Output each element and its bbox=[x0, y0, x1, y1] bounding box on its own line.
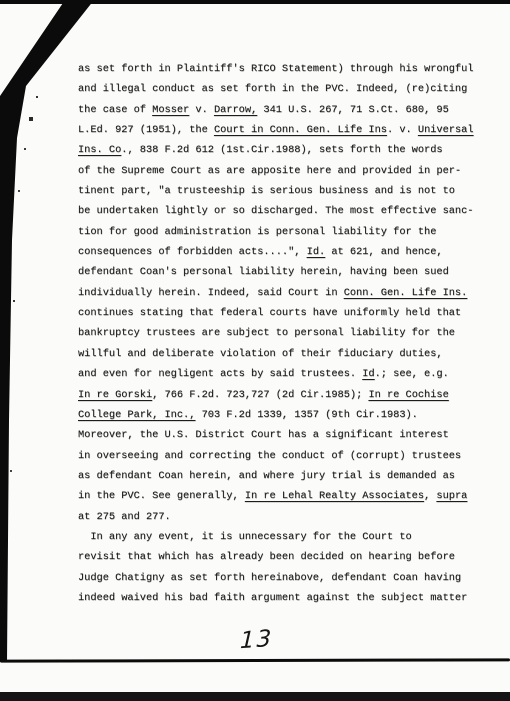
text-segment: . v. bbox=[387, 124, 418, 136]
document-line: and even for negligent acts by said trus… bbox=[78, 364, 498, 384]
text-segment: , 766 F.2d. 723,727 (2d Cir.1985); bbox=[152, 389, 368, 401]
text-segment: of the Supreme Court as are apposite her… bbox=[78, 165, 461, 177]
text-segment: 341 U.S. 267, 71 S.Ct. 680, 95 bbox=[257, 104, 449, 116]
underlined-text-segment: Mosser bbox=[152, 104, 189, 116]
underlined-text-segment: Conn. Gen. Life Ins. bbox=[344, 287, 468, 299]
document-line: at 275 and 277. bbox=[78, 507, 498, 527]
document-line: as defendant Coan herein, and where jury… bbox=[78, 466, 498, 486]
text-segment: In any any event, it is unnecessary for … bbox=[78, 531, 412, 543]
document-line: willful and deliberate violation of thei… bbox=[78, 344, 498, 364]
scanned-page: as set forth in Plaintiff's RICO Stateme… bbox=[0, 0, 510, 701]
document-line: tion for good administration is personal… bbox=[78, 222, 498, 242]
scan-artifact-bottom-line bbox=[0, 658, 510, 662]
text-segment: be undertaken lightly or so discharged. … bbox=[78, 205, 473, 217]
underlined-text-segment: Id. bbox=[307, 246, 326, 258]
text-segment: v. bbox=[189, 104, 214, 116]
document-line: individually herein. Indeed, said Court … bbox=[78, 283, 498, 303]
text-segment: and illegal conduct as set forth in the … bbox=[78, 83, 467, 95]
document-line: the case of Mosser v. Darrow, 341 U.S. 2… bbox=[78, 100, 498, 120]
document-text: as set forth in Plaintiff's RICO Stateme… bbox=[78, 59, 498, 608]
document-line: In re Gorski, 766 F.2d. 723,727 (2d Cir.… bbox=[78, 385, 498, 405]
underlined-text-segment: Court in Conn. Gen. Life Ins bbox=[214, 124, 387, 136]
underlined-text-segment: Id bbox=[362, 368, 374, 380]
document-line: of the Supreme Court as are apposite her… bbox=[78, 161, 498, 181]
underlined-text-segment: In re Cochise bbox=[368, 389, 448, 401]
text-segment: the case of bbox=[78, 104, 152, 116]
underlined-text-segment: Universal bbox=[418, 124, 474, 136]
text-segment: 703 F.2d 1339, 1357 (9th Cir.1983). bbox=[195, 409, 417, 421]
document-line: revisit that which has already been deci… bbox=[78, 547, 498, 567]
page-number: 13 bbox=[240, 626, 274, 654]
document-line: defendant Coan's personal liability here… bbox=[78, 262, 498, 282]
document-line: In any any event, it is unnecessary for … bbox=[78, 527, 498, 547]
text-segment: individually herein. Indeed, said Court … bbox=[78, 287, 344, 299]
document-line: continues stating that federal courts ha… bbox=[78, 303, 498, 323]
underlined-text-segment: In re Lehal Realty Associates bbox=[245, 490, 424, 502]
text-segment: defendant Coan's personal liability here… bbox=[78, 266, 449, 278]
text-segment: as set forth in Plaintiff's RICO Stateme… bbox=[78, 63, 473, 75]
text-segment: revisit that which has already been deci… bbox=[78, 551, 455, 563]
text-segment: tion for good administration is personal… bbox=[78, 226, 436, 238]
document-line: consequences of forbidden acts....", Id.… bbox=[78, 242, 498, 262]
underlined-text-segment: Darrow, bbox=[214, 104, 257, 116]
text-segment: bankruptcy trustees are subject to perso… bbox=[78, 327, 455, 339]
text-segment: willful and deliberate violation of thei… bbox=[78, 348, 443, 360]
underlined-text-segment: Ins. Co bbox=[78, 144, 121, 156]
document-line: tinent part, "a trusteeship is serious b… bbox=[78, 181, 498, 201]
text-segment: in overseeing and correcting the conduct… bbox=[78, 450, 461, 462]
document-line: and illegal conduct as set forth in the … bbox=[78, 79, 498, 99]
scan-artifact-bottom-band bbox=[0, 692, 510, 701]
text-segment: continues stating that federal courts ha… bbox=[78, 307, 461, 319]
text-segment: Moreover, the U.S. District Court has a … bbox=[78, 429, 449, 441]
text-segment: in the PVC. See generally, bbox=[78, 490, 245, 502]
text-segment: tinent part, "a trusteeship is serious b… bbox=[78, 185, 455, 197]
scan-artifact-speckles bbox=[0, 0, 2, 2]
underlined-text-segment: In re Gorski bbox=[78, 389, 152, 401]
text-segment: and even for negligent acts by said trus… bbox=[78, 368, 362, 380]
underlined-text-segment: College Park, Inc., bbox=[78, 409, 195, 421]
document-line: indeed waived his bad faith argument aga… bbox=[78, 588, 498, 608]
text-segment: as defendant Coan herein, and where jury… bbox=[78, 470, 455, 482]
text-segment: consequences of forbidden acts....", bbox=[78, 246, 307, 258]
text-segment: L.Ed. 927 (1951), the bbox=[78, 124, 214, 136]
underlined-text-segment: supra bbox=[436, 490, 467, 502]
text-segment: ., 838 F.2d 612 (1st.Cir.1988), sets for… bbox=[121, 144, 442, 156]
text-segment: , bbox=[424, 490, 436, 502]
text-segment: indeed waived his bad faith argument aga… bbox=[78, 592, 467, 604]
document-line: in overseeing and correcting the conduct… bbox=[78, 446, 498, 466]
document-line: bankruptcy trustees are subject to perso… bbox=[78, 323, 498, 343]
text-segment: at 621, and hence, bbox=[325, 246, 442, 258]
text-segment: at 275 and 277. bbox=[78, 511, 171, 523]
document-line: Judge Chatigny as set forth hereinabove,… bbox=[78, 568, 498, 588]
text-segment: Judge Chatigny as set forth hereinabove,… bbox=[78, 572, 461, 584]
document-line: L.Ed. 927 (1951), the Court in Conn. Gen… bbox=[78, 120, 498, 140]
document-line: as set forth in Plaintiff's RICO Stateme… bbox=[78, 59, 498, 79]
document-line: Ins. Co., 838 F.2d 612 (1st.Cir.1988), s… bbox=[78, 140, 498, 160]
document-line: Moreover, the U.S. District Court has a … bbox=[78, 425, 498, 445]
document-line: in the PVC. See generally, In re Lehal R… bbox=[78, 486, 498, 506]
document-line: College Park, Inc., 703 F.2d 1339, 1357 … bbox=[78, 405, 498, 425]
document-line: be undertaken lightly or so discharged. … bbox=[78, 201, 498, 221]
text-segment: .; see, e.g. bbox=[375, 368, 449, 380]
